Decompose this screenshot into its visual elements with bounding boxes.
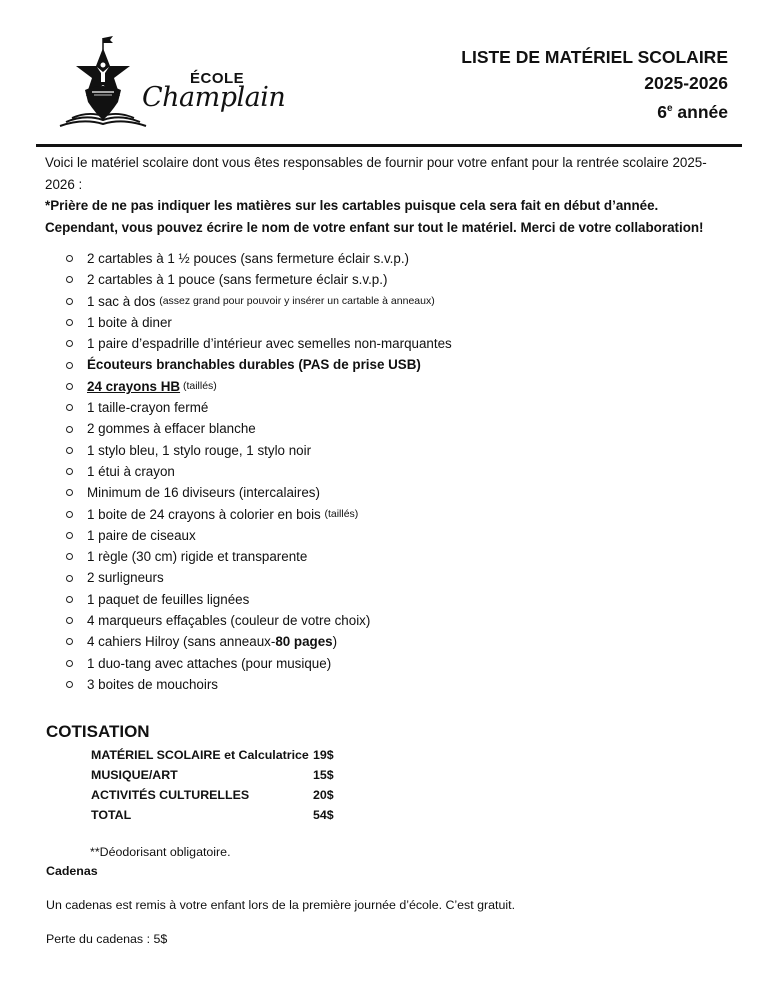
intro-text: Voici le matériel scolaire dont vous ête… xyxy=(45,152,735,195)
cotisation-title: COTISATION xyxy=(46,722,150,742)
supply-item-text: 24 crayons HB xyxy=(87,376,180,397)
fee-label: MUSIQUE/ART xyxy=(91,765,313,785)
supply-item: 1 paire d’espadrille d’intérieur avec se… xyxy=(66,333,452,354)
fee-label: ACTIVITÉS CULTURELLES xyxy=(91,785,313,805)
header-divider xyxy=(36,144,742,147)
supply-item-text: 2 surligneurs xyxy=(87,567,164,588)
circle-bullet-icon xyxy=(66,532,73,539)
supply-item-text: 1 boite de 24 crayons à colorier en bois xyxy=(87,504,324,525)
circle-bullet-icon xyxy=(66,553,73,560)
supply-item: 1 paquet de feuilles lignées xyxy=(66,589,452,610)
fee-amount: 20$ xyxy=(313,785,353,805)
fee-amount: 19$ xyxy=(313,745,353,765)
supply-item: 1 règle (30 cm) rigide et transparente xyxy=(66,546,452,567)
grade-level: 6e année xyxy=(461,96,728,125)
circle-bullet-icon xyxy=(66,319,73,326)
fee-row-total: TOTAL54$ xyxy=(91,805,353,825)
circle-bullet-icon xyxy=(66,489,73,496)
supply-item: 4 cahiers Hilroy (sans anneaux-80 pages) xyxy=(66,631,452,652)
intro-section: Voici le matériel scolaire dont vous ête… xyxy=(45,152,735,238)
supply-item-text: 1 paquet de feuilles lignées xyxy=(87,589,249,610)
supply-item-text: 1 paire de ciseaux xyxy=(87,525,196,546)
supply-item: 2 surligneurs xyxy=(66,567,452,588)
supply-item-text: 2 cartables à 1 pouce (sans fermeture éc… xyxy=(87,269,387,290)
circle-bullet-icon xyxy=(66,511,73,518)
fee-amount: 54$ xyxy=(313,805,353,825)
supply-item: Minimum de 16 diviseurs (intercalaires) xyxy=(66,482,452,503)
supply-item-text: 1 étui à crayon xyxy=(87,461,175,482)
supply-item: 1 taille-crayon fermé xyxy=(66,397,452,418)
intro-notice-line-1: *Prière de ne pas indiquer les matières … xyxy=(45,195,735,217)
supply-item: 1 stylo bleu, 1 stylo rouge, 1 stylo noi… xyxy=(66,440,452,461)
supply-item-text: 3 boites de mouchoirs xyxy=(87,674,218,695)
circle-bullet-icon xyxy=(66,681,73,688)
supply-item-note: (taillés) xyxy=(180,376,217,397)
supply-item: Écouteurs branchables durables (PAS de p… xyxy=(66,354,452,375)
fee-row: MATÉRIEL SCOLAIRE et Calculatrice19$ xyxy=(91,745,353,765)
circle-bullet-icon xyxy=(66,383,73,390)
supply-item: 1 duo-tang avec attaches (pour musique) xyxy=(66,653,452,674)
supply-item: 1 boite de 24 crayons à colorier en bois… xyxy=(66,504,452,525)
school-year: 2025-2026 xyxy=(461,70,728,96)
star-ship-book-icon xyxy=(58,32,148,132)
fee-label: TOTAL xyxy=(91,805,313,825)
supply-item: 1 sac à dos (assez grand pour pouvoir y … xyxy=(66,291,452,312)
supply-item-note: (assez grand pour pouvoir y insérer un c… xyxy=(159,291,435,312)
school-logo: ÉCOLE Champlain xyxy=(58,32,268,132)
circle-bullet-icon xyxy=(66,447,73,454)
grade-label: année xyxy=(673,102,728,122)
supply-item-text: 2 gommes à effacer blanche xyxy=(87,418,256,439)
circle-bullet-icon xyxy=(66,276,73,283)
supply-item-text: 1 règle (30 cm) rigide et transparente xyxy=(87,546,307,567)
supply-item-text: 1 sac à dos xyxy=(87,291,159,312)
circle-bullet-icon xyxy=(66,660,73,667)
supply-item-text: 4 cahiers Hilroy (sans anneaux- xyxy=(87,631,275,652)
fee-label: MATÉRIEL SCOLAIRE et Calculatrice xyxy=(91,745,313,765)
supplies-list: 2 cartables à 1 ½ pouces (sans fermeture… xyxy=(66,248,452,695)
supply-item-emphasis: 80 pages xyxy=(275,631,332,652)
logo-champlain-text: Champlain xyxy=(142,82,285,113)
cotisation-table: MATÉRIEL SCOLAIRE et Calculatrice19$ MUS… xyxy=(91,745,353,825)
grade-number: 6 xyxy=(657,102,667,122)
deodorant-note: **Déodorisant obligatoire. xyxy=(90,845,231,859)
supply-item-text: 2 cartables à 1 ½ pouces (sans fermeture… xyxy=(87,248,409,269)
supply-item: 24 crayons HB (taillés) xyxy=(66,376,452,397)
circle-bullet-icon xyxy=(66,575,73,582)
circle-bullet-icon xyxy=(66,596,73,603)
circle-bullet-icon xyxy=(66,340,73,347)
document-title-block: LISTE DE MATÉRIEL SCOLAIRE 2025-2026 6e … xyxy=(461,44,728,125)
circle-bullet-icon xyxy=(66,426,73,433)
cadenas-loss-fee: Perte du cadenas : 5$ xyxy=(46,932,167,946)
supply-item: 2 cartables à 1 ½ pouces (sans fermeture… xyxy=(66,248,452,269)
supply-item-text: 4 marqueurs effaçables (couleur de votre… xyxy=(87,610,370,631)
fee-row: ACTIVITÉS CULTURELLES20$ xyxy=(91,785,353,805)
circle-bullet-icon xyxy=(66,617,73,624)
supply-item-text: Écouteurs branchables durables (PAS de p… xyxy=(87,354,421,375)
supply-item-text: 1 taille-crayon fermé xyxy=(87,397,208,418)
supply-item: 1 paire de ciseaux xyxy=(66,525,452,546)
supply-item: 3 boites de mouchoirs xyxy=(66,674,452,695)
supply-item: 1 boite à diner xyxy=(66,312,452,333)
circle-bullet-icon xyxy=(66,638,73,645)
supply-item: 4 marqueurs effaçables (couleur de votre… xyxy=(66,610,452,631)
fee-row: MUSIQUE/ART15$ xyxy=(91,765,353,785)
circle-bullet-icon xyxy=(66,362,73,369)
fee-amount: 15$ xyxy=(313,765,353,785)
circle-bullet-icon xyxy=(66,298,73,305)
supply-item: 2 cartables à 1 pouce (sans fermeture éc… xyxy=(66,269,452,290)
cadenas-text: Un cadenas est remis à votre enfant lors… xyxy=(46,898,515,912)
supply-item-text: Minimum de 16 diviseurs (intercalaires) xyxy=(87,482,320,503)
document-title: LISTE DE MATÉRIEL SCOLAIRE xyxy=(461,44,728,70)
supply-item-text: 1 boite à diner xyxy=(87,312,172,333)
supply-item: 1 étui à crayon xyxy=(66,461,452,482)
circle-bullet-icon xyxy=(66,468,73,475)
circle-bullet-icon xyxy=(66,255,73,262)
supply-item-text: 1 duo-tang avec attaches (pour musique) xyxy=(87,653,331,674)
cadenas-title: Cadenas xyxy=(46,864,98,878)
supply-item: 2 gommes à effacer blanche xyxy=(66,418,452,439)
supply-item-text-end: ) xyxy=(333,631,337,652)
supply-item-note: (taillés) xyxy=(324,504,358,525)
intro-notice-line-2: Cependant, vous pouvez écrire le nom de … xyxy=(45,217,735,239)
supply-item-text: 1 stylo bleu, 1 stylo rouge, 1 stylo noi… xyxy=(87,440,311,461)
supply-item-text: 1 paire d’espadrille d’intérieur avec se… xyxy=(87,333,452,354)
circle-bullet-icon xyxy=(66,404,73,411)
